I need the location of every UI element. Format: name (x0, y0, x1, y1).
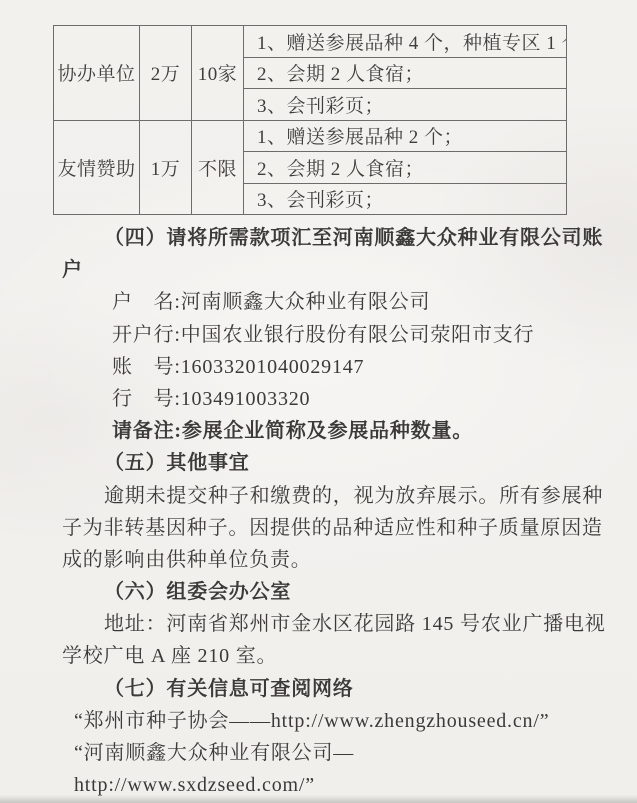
section-6-heading: （六）组委会办公室 (62, 576, 592, 608)
tier-benefit-cell: 2、会期 2 人食宿； (244, 152, 567, 184)
section-5-body-line1: 逾期未提交种子和缴费的，视为放弃展示。所有参展种 (62, 480, 592, 512)
tier-benefit-cell: 2、会期 2 人食宿； (244, 57, 567, 89)
address-line2: 学校广电 A 座 210 室。 (62, 640, 592, 672)
bank-branch-line: 开户行:中国农业银行股份有限公司荥阳市支行 (62, 319, 592, 351)
account-number-line: 账 号:16033201040029147 (62, 351, 592, 383)
website-sxdzseed-line1: “河南顺鑫大众种业有限公司— (62, 737, 592, 769)
tier-benefit-cell: 1、赠送参展品种 2 个； (244, 120, 567, 152)
account-name-line: 户 名:河南顺鑫大众种业有限公司 (62, 286, 592, 318)
tier-amount-cell: 2万 (140, 26, 192, 121)
tier-name-cell: 友情赞助 (54, 120, 140, 215)
section-4-heading-line2: 户 (62, 254, 592, 286)
table-row: 协办单位 2万 10家 1、赠送参展品种 4 个，种植专区 1 个； (54, 26, 567, 58)
tier-amount-cell: 1万 (140, 120, 192, 215)
tier-benefit-cell: 3、会刊彩页； (244, 183, 567, 215)
document-body: （四）请将所需款项汇至河南顺鑫大众种业有限公司账 户 户 名:河南顺鑫大众种业有… (62, 222, 592, 801)
address-line1: 地址：河南省郑州市金水区花园路 145 号农业广播电视 (62, 608, 592, 640)
table-row: 友情赞助 1万 不限 1、赠送参展品种 2 个； (54, 120, 567, 152)
bank-code-line: 行 号:103491003320 (62, 383, 592, 415)
tier-name-cell: 协办单位 (54, 26, 140, 121)
sponsorship-tiers-table: 协办单位 2万 10家 1、赠送参展品种 4 个，种植专区 1 个； 2、会期 … (53, 25, 567, 215)
section-5-body-line2: 子为非转基因种子。因提供的品种适应性和种子质量原因造 (62, 512, 592, 544)
section-4-heading-line1: （四）请将所需款项汇至河南顺鑫大众种业有限公司账 (62, 222, 592, 254)
tier-benefit-cell: 3、会刊彩页； (244, 89, 567, 121)
website-zhengzhouseed-line: “郑州市种子协会——http://www.zhengzhouseed.cn/” (62, 705, 592, 737)
remark-note-line: 请备注:参展企业简称及参展品种数量。 (62, 415, 592, 447)
section-7-heading: （七）有关信息可查阅网络 (62, 673, 592, 705)
section-5-heading: （五）其他事宜 (62, 447, 592, 479)
scan-edge-shadow (0, 795, 637, 803)
tier-quota-cell: 不限 (192, 120, 244, 215)
tier-quota-cell: 10家 (192, 26, 244, 121)
section-5-body-line3: 成的影响由供种单位负责。 (62, 544, 592, 576)
tier-benefit-cell: 1、赠送参展品种 4 个，种植专区 1 个； (244, 26, 567, 58)
